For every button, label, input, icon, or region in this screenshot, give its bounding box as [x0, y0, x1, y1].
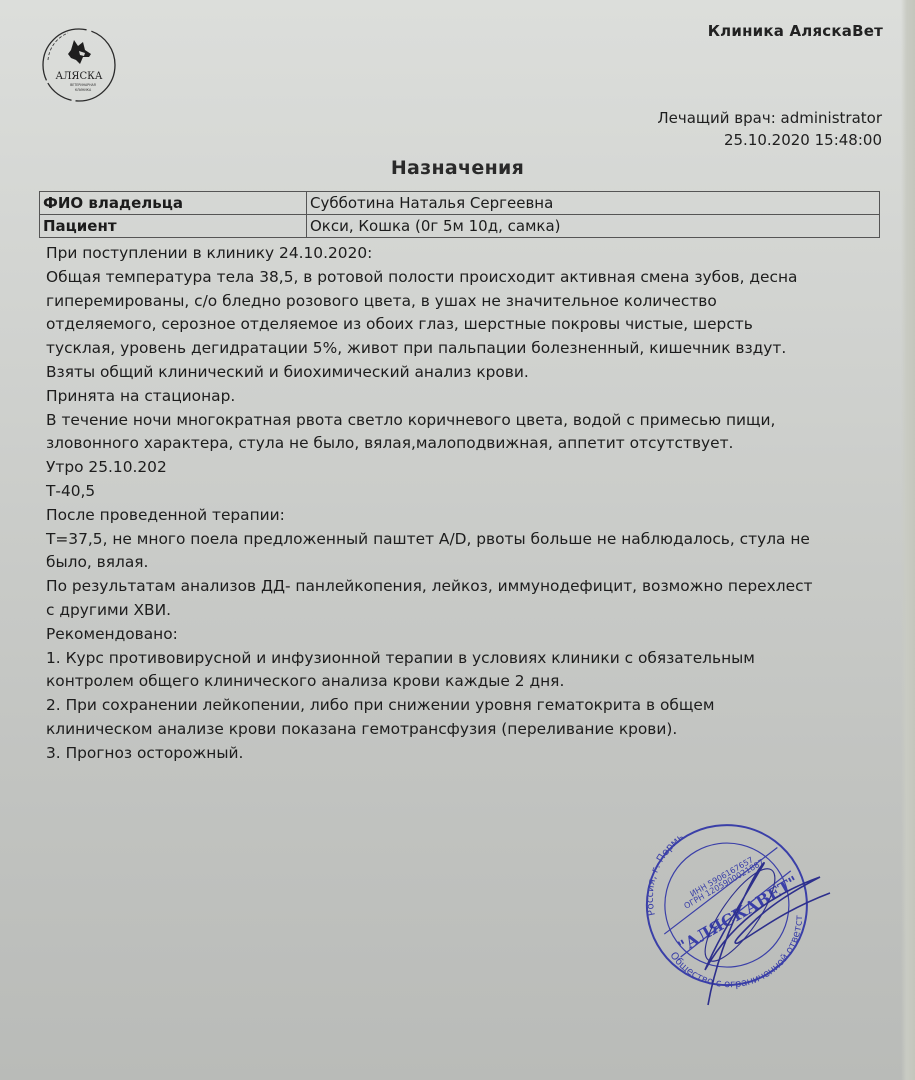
husky-dog-icon: АЛЯСКА ВЕТЕРИНАРНАЯ КЛИНИКА: [38, 24, 120, 106]
patient-info-table: ФИО владельца Субботина Наталья Сергеевн…: [39, 191, 880, 238]
recommendation-1-cont: контролем общего клинического анализа кр…: [46, 670, 886, 694]
text-line: гиперемированы, с/о бледно розового цвет…: [46, 290, 886, 314]
diagnosis-line: По результатам анализов ДД- панлейкопени…: [46, 575, 886, 599]
owner-label: ФИО владельца: [40, 192, 307, 215]
recommendations-heading: Рекомендовано:: [46, 623, 886, 647]
morning-heading: Утро 25.10.202: [46, 456, 886, 480]
svg-text:"АЛЯСКАВЕТ": "АЛЯСКАВЕТ": [675, 872, 802, 956]
recommendation-2-cont: клиническом анализе крови показана гемот…: [46, 718, 886, 742]
text-line: было, вялая.: [46, 551, 886, 575]
text-line: отделяемого, серозное отделяемое из обои…: [46, 313, 886, 337]
document-title: Назначения: [0, 157, 915, 179]
text-line: Общая температура тела 38,5, в ротовой п…: [46, 266, 886, 290]
recommendation-2: 2. При сохранении лейкопении, либо при с…: [46, 694, 886, 718]
text-line: зловонного характера, стула не было, вял…: [46, 432, 886, 456]
text-line: Взяты общий клинический и биохимический …: [46, 361, 886, 385]
svg-text:ВЕТЕРИНАРНАЯ: ВЕТЕРИНАРНАЯ: [70, 83, 96, 87]
document-datetime: 25.10.2020 15:48:00: [657, 129, 882, 151]
after-therapy-heading: После проведенной терапии:: [46, 504, 886, 528]
table-row-owner: ФИО владельца Субботина Наталья Сергеевн…: [40, 192, 880, 215]
recommendation-1: 1. Курс противовирусной и инфузионной те…: [46, 647, 886, 671]
doctor-info: Лечащий врач: administrator 25.10.2020 1…: [657, 107, 882, 151]
svg-text:Россия, г. Пермь: Россия, г. Пермь: [645, 832, 686, 917]
recommendation-3: 3. Прогноз осторожный.: [46, 742, 886, 766]
prescription-body: При поступлении в клинику 24.10.2020: Об…: [46, 242, 886, 766]
diagnosis-line: с другими ХВИ.: [46, 599, 886, 623]
company-seal: Россия, г. Пермь Общество с ограниченной…: [620, 805, 840, 1020]
admission-heading: При поступлении в клинику 24.10.2020:: [46, 242, 886, 266]
owner-value: Субботина Наталья Сергеевна: [307, 192, 880, 215]
patient-value: Окси, Кошка (0г 5м 10д, самка): [307, 215, 880, 238]
text-line: Т=37,5, не много поела предложенный пашт…: [46, 528, 886, 552]
company-seal-icon: Россия, г. Пермь Общество с ограниченной…: [620, 805, 840, 1020]
text-line: В течение ночи многократная рвота светло…: [46, 409, 886, 433]
temperature-reading: Т-40,5: [46, 480, 886, 504]
clinic-name: Клиника АляскаВет: [708, 22, 883, 40]
clinic-logo: АЛЯСКА ВЕТЕРИНАРНАЯ КЛИНИКА: [38, 24, 120, 106]
patient-label: Пациент: [40, 215, 307, 238]
svg-text:АЛЯСКА: АЛЯСКА: [56, 71, 103, 82]
attending-doctor: Лечащий врач: administrator: [657, 107, 882, 129]
table-row-patient: Пациент Окси, Кошка (0г 5м 10д, самка): [40, 215, 880, 238]
svg-text:КЛИНИКА: КЛИНИКА: [75, 88, 92, 92]
text-line: Принята на стационар.: [46, 385, 886, 409]
text-line: тусклая, уровень дегидратации 5%, живот …: [46, 337, 886, 361]
